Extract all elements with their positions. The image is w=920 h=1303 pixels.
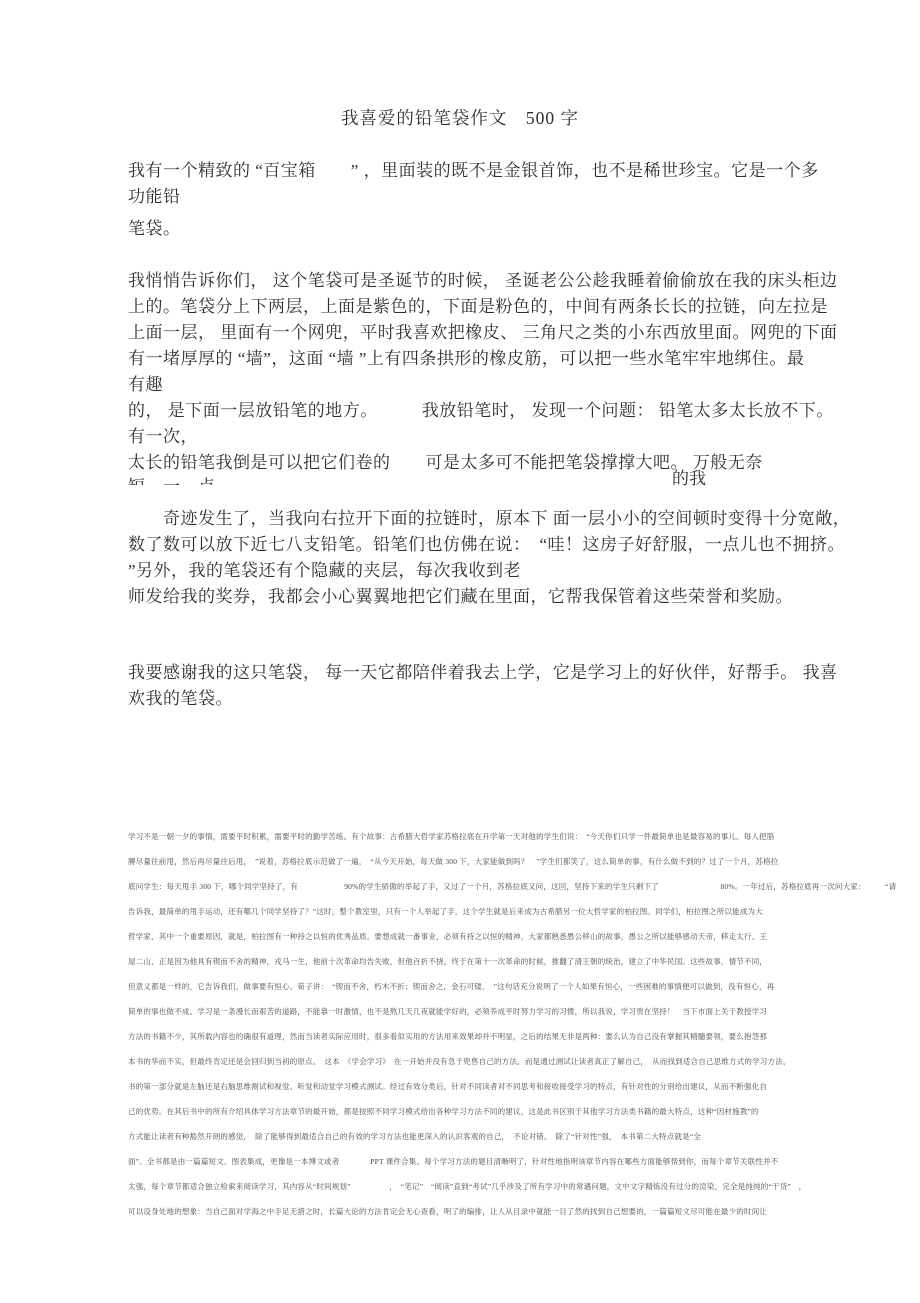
essay-paragraph-1: 我有一个精致的 “百宝箱 ” ，里面装的既不是金银首饰，也不是稀世珍宝。它是一个… [128,158,800,210]
essay-line-partial: 短一点 的我 [128,476,800,502]
essay-line: 有趣 [128,372,800,398]
essay-line: 有一次， [128,424,800,450]
appendix-line: 告诉我，最简单的甩手运动，还有哪几个同学坚持了？”这时，整个教室里，只有一个人举… [128,899,808,924]
essay-line: 我要感谢我的这只笔袋， 每一天它都陪伴着我去上学，它是学习上的好伙伴，好帮手。 … [128,660,800,686]
clipped-text-fragment: 短一点 [128,476,233,485]
essay-line: 笔袋。 [128,216,800,242]
appendix-line: 可以设身处地的想象：当自己面对学海之中手足无措之时，长篇大论的方法肯定会无心查看… [128,1199,808,1224]
essay-line: ”另外，我的笔袋还有个隐藏的夹层，每次我收到老 [128,558,800,584]
appendix-line: 哲学家，其中一个重要原因，就是，柏拉图有一种持之以恒的优秀品质。要想成就一番事业… [128,924,808,949]
essay-line: 我悄悄告诉你们， 这个笔袋可是圣诞节的时候， 圣诞老公公趁我睡着偷偷放在我的床头… [128,268,800,294]
essay-body: 我有一个精致的 “百宝箱 ” ，里面装的既不是金银首饰，也不是稀世珍宝。它是一个… [128,158,800,712]
essay-line: 奇迹发生了，当我向右拉开下面的拉链时，原本下 面一层小小的空间顿时变得十分宽敞， [128,506,800,532]
essay-line: 数了数可以放下近七八支铅笔。铅笔们也仿佛在说： “哇！这房子好舒服，一点儿也不拥… [128,532,800,558]
appendix-line: 简单的事也做不成。学习是一条漫长而艰苦的道路，不能靠一时激情，也不是熬几天几夜就… [128,999,808,1024]
essay-line: 有一堵厚厚的 “墙”，这面 “墙 ”上有四条拱形的橡皮筋，可以把一些水笔牢牢地绑… [128,346,800,372]
appendix-line: 膊尽量往前甩，然后再尽量往后甩， ”说着，苏格拉底示范做了一遍， “从今天开始，… [128,849,808,874]
appendix-line: 但意义都是一样的，它告诉我们，做事要有恒心。荀子讲： “锲而不舍，朽木不折；锲而… [128,974,808,999]
essay-paragraph-2: 我悄悄告诉你们， 这个笔袋可是圣诞节的时候， 圣诞老公公趁我睡着偷偷放在我的床头… [128,268,800,502]
essay-paragraph-1-tail: 笔袋。 [128,216,800,242]
essay-line: 欢我的笔袋。 [128,686,800,712]
appendix-line: 方式能让读者有种豁然开朗的感觉， 除了能够得到最适合自己的有效的学习方法也能更深… [128,1124,808,1149]
essay-line: 师发给我的奖券，我都会小心翼翼地把它们藏在里面，它帮我保管着这些荣誉和奖励。 [128,584,800,610]
essay-line-right-fragment: 的我 [672,466,706,492]
appendix-line: 学习不是一朝一夕的事情，需要平时积累，需要平时的勤学苦练。有个故事：古希腊大哲学… [128,824,808,849]
appendix-line: 己的优势。在其后书中的所有介绍具体学习方法章节的最开始，都是按照不同学习模式给出… [128,1099,808,1124]
essay-line: 的， 是下面一层放铅笔的地方。 我放铅笔时， 发现一个问题： 铅笔太多太长放不下… [128,398,800,424]
essay-line: 上面一层， 里面有一个网兜，平时我喜欢把橡皮、 三角尺之类的小东西放里面。网兜的… [128,320,800,346]
appendix-small-text-block: 学习不是一朝一夕的事情，需要平时积累，需要平时的勤学苦练。有个故事：古希腊大哲学… [128,824,808,1224]
essay-line: 功能铅 [128,184,800,210]
essay-line: 我有一个精致的 “百宝箱 ” ，里面装的既不是金银首饰，也不是稀世珍宝。它是一个… [128,158,800,184]
appendix-line: 底问学生：每天甩手 300 下，哪个同学坚持了，有 90%的学生骄傲的举起了手，… [128,874,808,899]
appendix-line: 书的第一部分就是左脑还是右脑思维测试和视觉、听觉和动觉学习模式测试。经过有效分类… [128,1074,808,1099]
essay-line: 上的。笔袋分上下两层，上面是紫色的，下面是粉色的，中间有两条长长的拉链，向左拉是 [128,294,800,320]
appendix-line: 太强，每个章节都适合独立检索来阅读学习，其内容从“时间规划” ， “笔记” “阅… [128,1174,808,1199]
appendix-line: 面”。全书都是由一篇篇短文、图表集成，更像是一本博文或者 PPT 课件合集。每个… [128,1149,808,1174]
essay-paragraph-3: 奇迹发生了，当我向右拉开下面的拉链时，原本下 面一层小小的空间顿时变得十分宽敞，… [128,506,800,610]
document-title: 我喜爱的铅笔袋作文 500 字 [0,106,920,130]
appendix-line: 本书的华而不实，但最终肯定还是会回归到当初的原点。 这本 《学会学习》 在一开始… [128,1049,808,1074]
appendix-line: 方法的书籍不少，其所载内容也的确很有道理，然而当读者实际应用时，很多看似实用的方… [128,1024,808,1049]
essay-paragraph-4: 我要感谢我的这只笔袋， 每一天它都陪伴着我去上学，它是学习上的好伙伴，好帮手。 … [128,660,800,712]
document-page: 我喜爱的铅笔袋作文 500 字 我有一个精致的 “百宝箱 ” ，里面装的既不是金… [0,0,920,1303]
appendix-line: 屋二山，正是因为他具有锲而不舍的精神，戎马一生，他前十次革命均告失败，但他百折不… [128,949,808,974]
